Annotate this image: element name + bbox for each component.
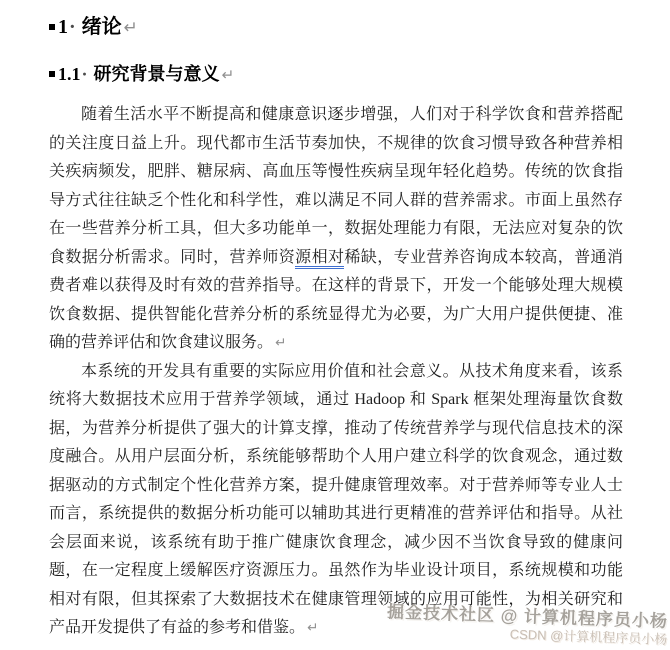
paragraph-return-mark: ↵: [222, 66, 235, 84]
space-formatting-mark: ·: [69, 16, 76, 38]
paragraph-background: 随着生活水平不断提高和健康意识逐步增强，人们对于科学饮食和营养搭配的关注度日益上…: [49, 101, 623, 358]
heading-title: 绪论: [82, 16, 122, 38]
paragraph-text: 随着生活水平不断提高和健康意识逐步增强，人们对于科学饮食和营养搭配的关注度日益上…: [49, 106, 623, 266]
grammar-check-underlined-text: 源相对: [295, 249, 344, 269]
space-formatting-mark: ·: [82, 64, 88, 84]
paragraph-return-mark: ↵: [275, 335, 286, 351]
heading-title: 研究背景与意义: [94, 64, 220, 84]
document-content: 1·绪论↵ 1.1·研究背景与意义↵ 随着生活水平不断提高和健康意识逐步增强，人…: [0, 0, 670, 643]
outline-anchor-marker-icon: [49, 24, 55, 30]
outline-anchor-marker-icon: [49, 71, 55, 77]
paragraph-significance: 本系统的开发具有重要的实际应用价值和社会意义。从技术角度来看，该系统将大数据技术…: [49, 358, 623, 643]
heading-section: 1.1·研究背景与意义↵: [49, 62, 623, 87]
document-page: 1·绪论↵ 1.1·研究背景与意义↵ 随着生活水平不断提高和健康意识逐步增强，人…: [0, 0, 670, 650]
heading-chapter: 1·绪论↵: [49, 14, 623, 41]
heading-number: 1: [58, 16, 68, 38]
paragraph-return-mark: ↵: [124, 18, 138, 38]
paragraph-return-mark: ↵: [307, 620, 318, 636]
heading-number: 1.1: [58, 64, 81, 84]
paragraph-text: 本系统的开发具有重要的实际应用价值和社会意义。从技术角度来看，该系统将大数据技术…: [49, 363, 623, 637]
